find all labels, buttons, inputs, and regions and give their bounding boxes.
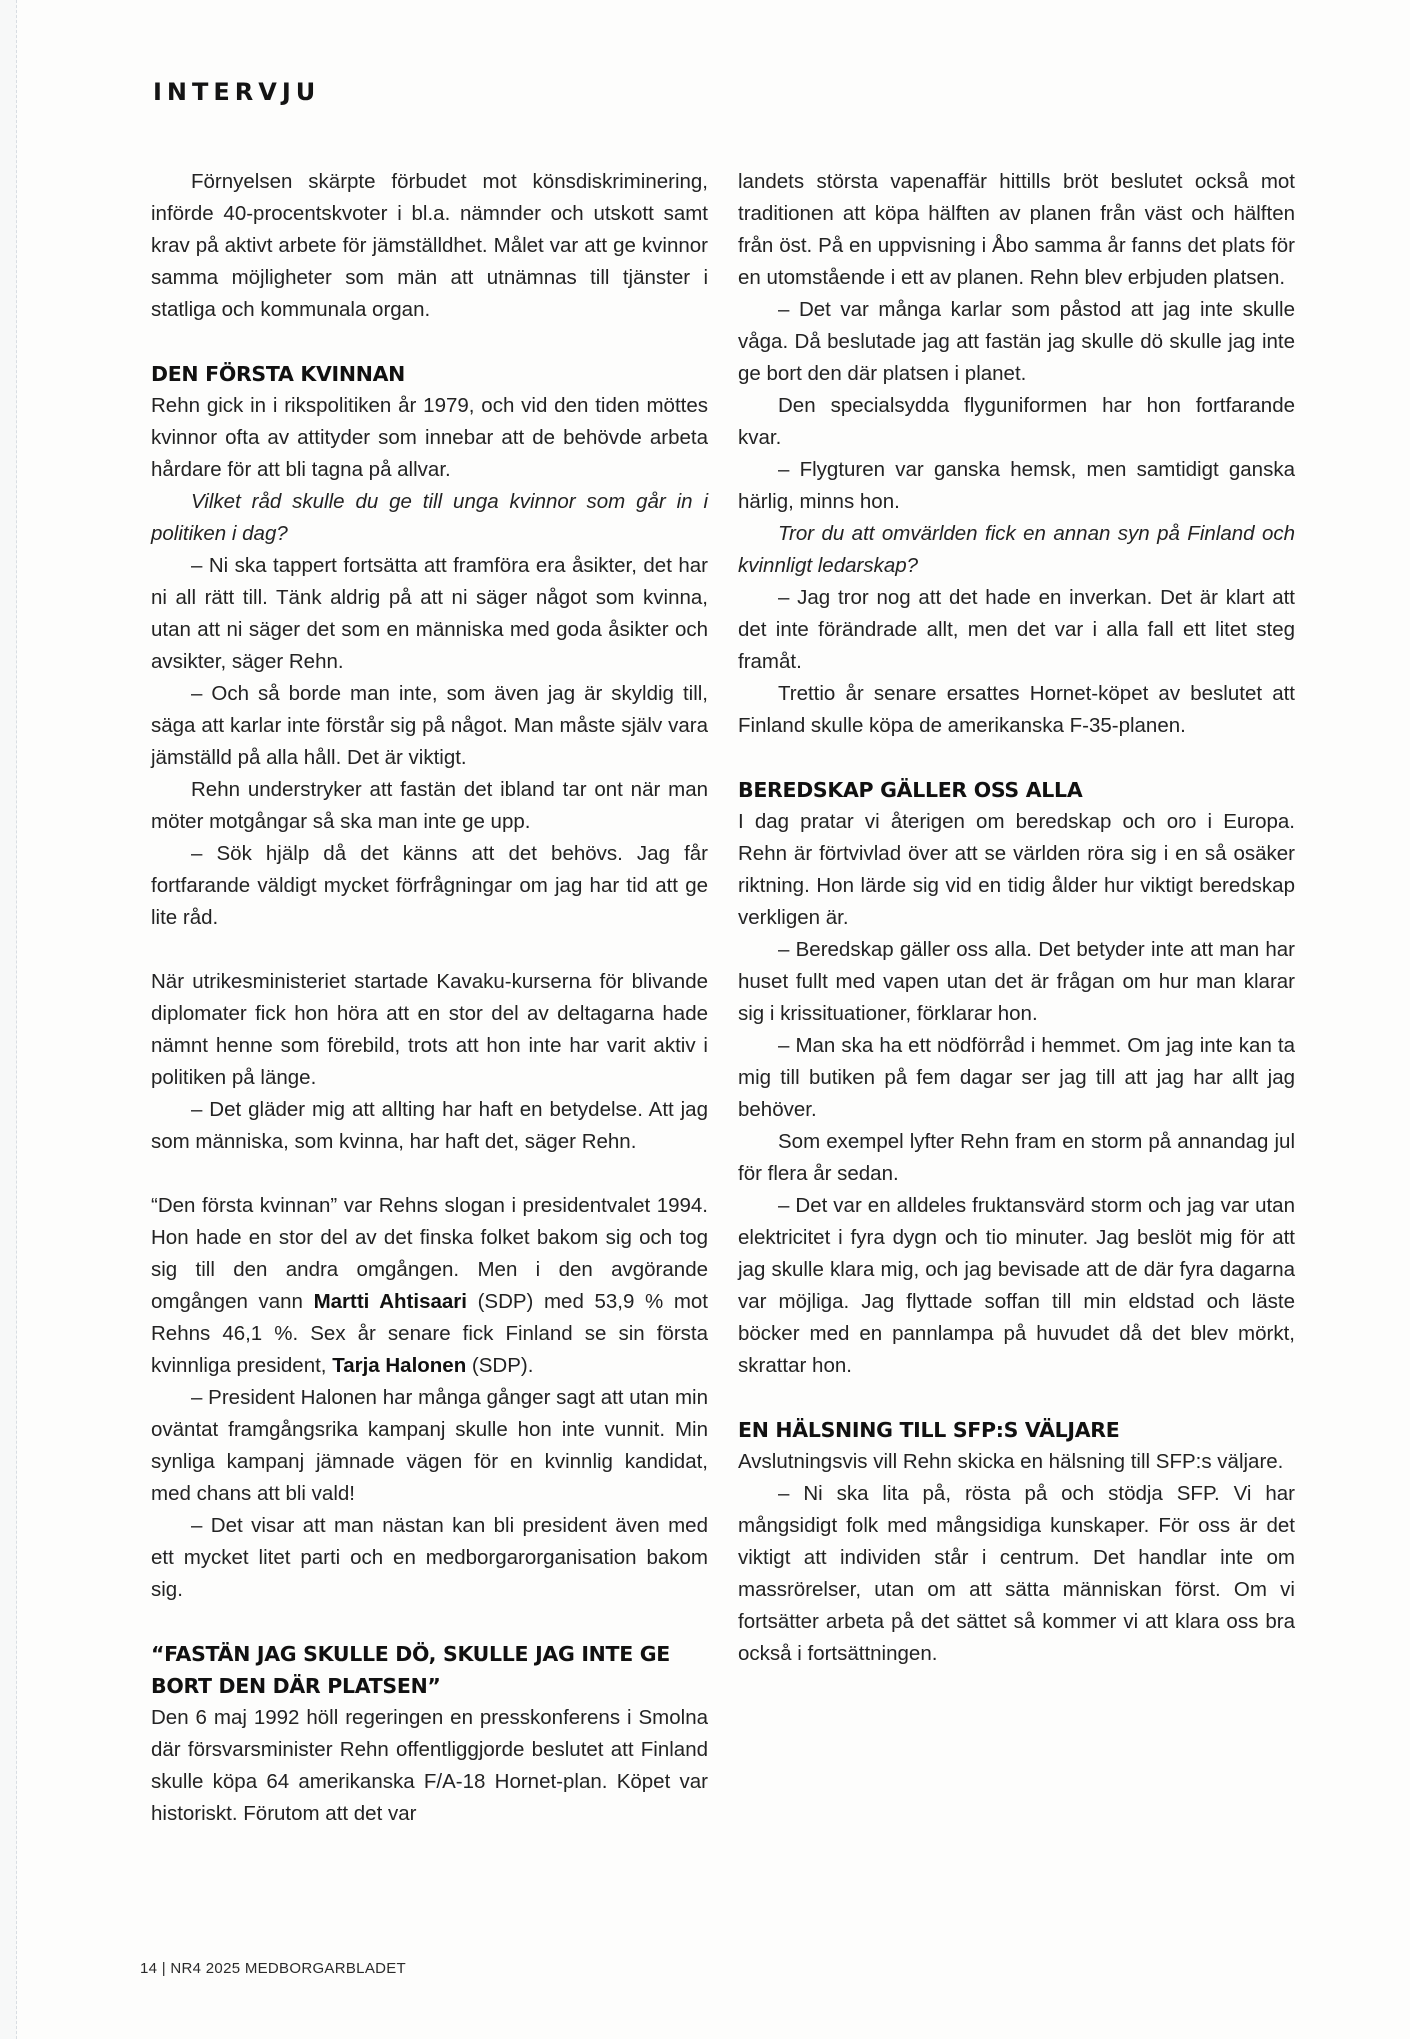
paragraph: Den 6 maj 1992 höll regeringen en pressk…: [151, 1702, 708, 1830]
paragraph: Avslutningsvis vill Rehn skicka en hälsn…: [738, 1446, 1295, 1478]
paragraph: Rehn gick in i rikspolitiken år 1979, oc…: [151, 390, 708, 486]
quote-paragraph: – Man ska ha ett nödförråd i hemmet. Om …: [738, 1030, 1295, 1126]
quote-paragraph: – Det var många karlar som påstod att ja…: [738, 294, 1295, 390]
quote-paragraph: – Och så borde man inte, som även jag är…: [151, 678, 708, 774]
subheading-halsning-sfp: EN HÄLSNING TILL SFP:S VÄLJARE: [738, 1414, 1295, 1446]
scan-page-edge: [0, 0, 17, 2039]
person-name-halonen: Tarja Halonen: [332, 1354, 466, 1377]
person-name-ahtisaari: Martti Ahtisaari: [314, 1290, 467, 1313]
quote-paragraph: – Sök hjälp då det känns att det behövs.…: [151, 838, 708, 934]
interview-question: Vilket råd skulle du ge till unga kvinno…: [151, 486, 708, 550]
paragraph-election: “Den första kvinnan” var Rehns slogan i …: [151, 1190, 708, 1382]
quote-paragraph: – Ni ska tappert fortsätta att framföra …: [151, 550, 708, 678]
quote-paragraph: – Beredskap gäller oss alla. Det betyder…: [738, 934, 1295, 1030]
article-column-right: landets största vapenaffär hittills bröt…: [738, 166, 1295, 1670]
paragraph: Trettio år senare ersattes Hornet-köpet …: [738, 678, 1295, 742]
text: (SDP).: [466, 1354, 533, 1377]
quote-paragraph: – Flygturen var ganska hemsk, men samtid…: [738, 454, 1295, 518]
quote-paragraph: – Det visar att man nästan kan bli presi…: [151, 1510, 708, 1606]
subheading-beredskap: BEREDSKAP GÄLLER OSS ALLA: [738, 774, 1295, 806]
paragraph: Som exempel lyfter Rehn fram en storm på…: [738, 1126, 1295, 1190]
quote-paragraph: – Det gläder mig att allting har haft en…: [151, 1094, 708, 1158]
paragraph: Rehn understryker att fastän det ibland …: [151, 774, 708, 838]
paragraph: landets största vapenaffär hittills bröt…: [738, 166, 1295, 294]
interview-question: Tror du att omvärlden fick en annan syn …: [738, 518, 1295, 582]
quote-paragraph: – Ni ska lita på, rösta på och stödja SF…: [738, 1478, 1295, 1670]
subheading-den-forsta-kvinnan: DEN FÖRSTA KVINNAN: [151, 358, 708, 390]
page-footer: 14 | NR4 2025 MEDBORGARBLADET: [140, 1960, 406, 1977]
paragraph: När utrikesministeriet startade Kavaku-k…: [151, 966, 708, 1094]
subheading-fastan-jag-skulle-do: “FASTÄN JAG SKULLE DÖ, SKULLE JAG INTE G…: [151, 1638, 708, 1702]
article-column-left: Förnyelsen skärpte förbudet mot könsdisk…: [151, 166, 708, 1830]
quote-paragraph: – President Halonen har många gånger sag…: [151, 1382, 708, 1510]
quote-paragraph: – Det var en alldeles fruktansvärd storm…: [738, 1190, 1295, 1382]
paragraph: Den specialsydda flyguniformen har hon f…: [738, 390, 1295, 454]
paragraph: I dag pratar vi återigen om beredskap oc…: [738, 806, 1295, 934]
section-label: INTERVJU: [153, 78, 320, 106]
paragraph: Förnyelsen skärpte förbudet mot könsdisk…: [151, 166, 708, 326]
quote-paragraph: – Jag tror nog att det hade en inverkan.…: [738, 582, 1295, 678]
